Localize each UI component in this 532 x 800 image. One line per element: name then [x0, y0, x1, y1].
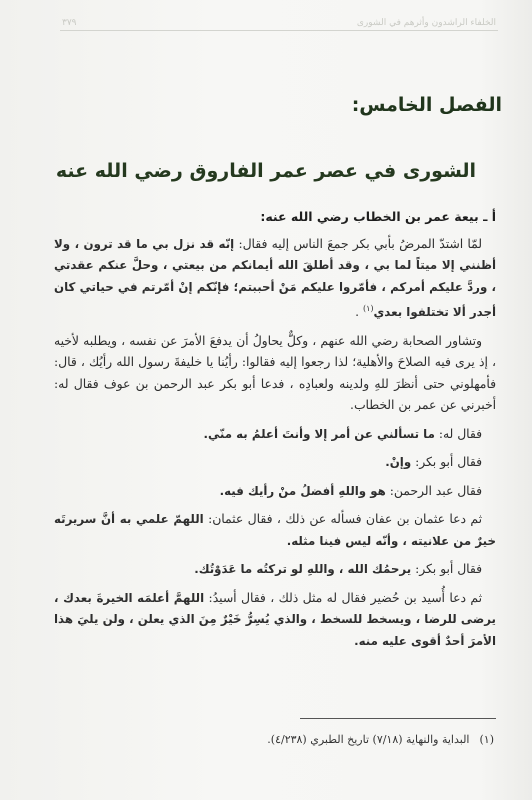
section-heading: أ ـ بيعة عمر بن الخطاب رضي الله عنه: [54, 206, 496, 228]
paragraph-5-prefix: فقال عبد الرحمن: [386, 484, 482, 498]
paragraph-7-prefix: فقال أبو بكر: [411, 562, 482, 576]
paragraph-3-prefix: فقال له: [435, 427, 482, 441]
paragraph-6: ثم دعا عثمان بن عفان فسأله عن ذلك ، فقال… [54, 509, 496, 552]
paragraph-5: فقال عبد الرحمن: هو واللهِ أفضلُ منْ رأي… [54, 481, 496, 503]
footnote-1: (١)البداية والنهاية (٧/١٨) تاريخ الطبري … [54, 733, 494, 746]
paragraph-4-prefix: فقال أبو بكر: [411, 455, 482, 469]
paragraph-7-quote: يرحمُك الله ، واللهِ لو تركتُه ما عَدَوْ… [194, 562, 411, 576]
paragraph-7: فقال أبو بكر: يرحمُك الله ، واللهِ لو تر… [54, 559, 496, 581]
running-header: الخلفاء الراشدون وأثرهم في الشورى ٣٧٩ [62, 10, 496, 28]
footnote-divider [300, 718, 496, 719]
paragraph-8: ثم دعا أُسيد بن حُضير فقال له مثل ذلك ، … [54, 588, 496, 653]
paragraph-3: فقال له: ما تسألني عن أمر إلا وأنتَ أعلم… [54, 424, 496, 446]
paragraph-5-quote: هو واللهِ أفضلُ منْ رأيك فيه. [220, 484, 386, 498]
paragraph-1: لمّا اشتدّ المرضُ بأبي بكر جمعَ الناس إل… [54, 234, 496, 324]
paragraph-6-prefix: ثم دعا عثمان بن عفان فسأله عن ذلك ، فقال… [204, 512, 482, 526]
paragraph-1-end: . [355, 305, 363, 319]
page-number: ٣٧٩ [62, 18, 77, 28]
running-title: الخلفاء الراشدون وأثرهم في الشورى [357, 18, 496, 28]
book-page: الخلفاء الراشدون وأثرهم في الشورى ٣٧٩ ال… [0, 0, 532, 800]
chapter-title: الشورى في عصر عمر الفاروق رضي الله عنه [0, 160, 532, 182]
body-text: أ ـ بيعة عمر بن الخطاب رضي الله عنه: لمّ… [54, 206, 496, 659]
footnote-text: البداية والنهاية (٧/١٨) تاريخ الطبري (٤/… [267, 733, 469, 746]
chapter-label: الفصل الخامس: [352, 94, 502, 116]
paragraph-4-quote: وإنْ. [385, 455, 411, 469]
paragraph-4: فقال أبو بكر: وإنْ. [54, 452, 496, 474]
paragraph-8-prefix: ثم دعا أُسيد بن حُضير فقال له مثل ذلك ، … [204, 591, 482, 605]
paragraph-3-quote: ما تسألني عن أمر إلا وأنتَ أعلمُ به منّي… [204, 427, 435, 441]
paragraph-2: وتشاور الصحابة رضي الله عنهم ، وكلٌّ يحا… [54, 331, 496, 417]
footnote-ref-1[interactable]: (١) [363, 304, 374, 313]
paragraph-1-intro: لمّا اشتدّ المرضُ بأبي بكر جمعَ الناس إل… [234, 237, 482, 251]
header-divider [60, 30, 498, 31]
footnote-number: (١) [479, 733, 494, 746]
